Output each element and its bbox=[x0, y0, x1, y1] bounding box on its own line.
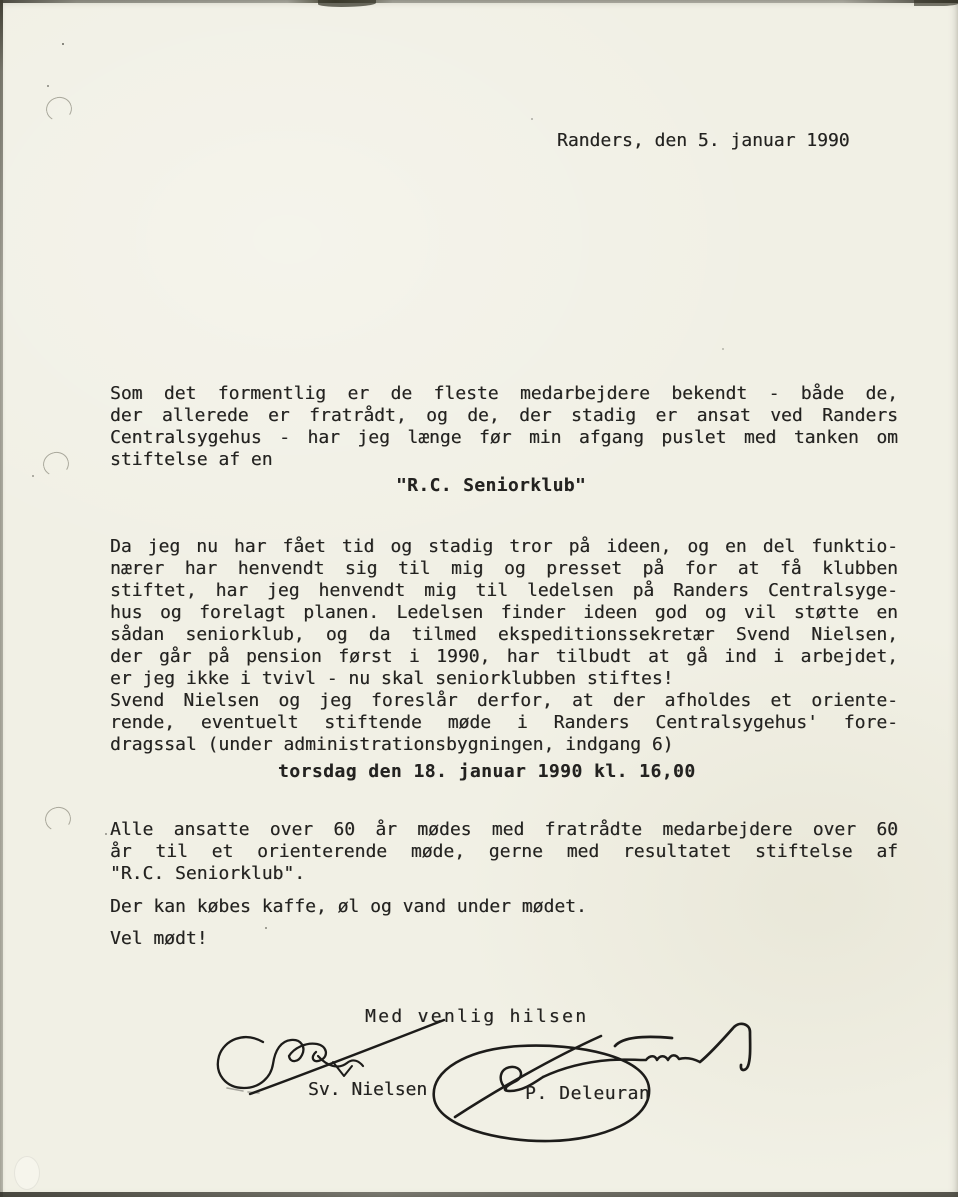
letter-line: stiftet, har jeg henvendt mig til ledels… bbox=[110, 580, 898, 602]
letter-line: stiftelse af en bbox=[110, 449, 898, 471]
punch-hole-mark bbox=[40, 449, 71, 479]
letter-line: dragssal (under administrationsbygningen… bbox=[110, 734, 898, 756]
refreshments-line: Der kan købes kaffe, øl og vand under mø… bbox=[110, 896, 587, 918]
punch-hole-mark bbox=[42, 804, 73, 834]
letter-line: der går på pension først i 1990, har til… bbox=[110, 646, 898, 668]
paragraph-4: Alle ansatte over 60 år mødes med fratrå… bbox=[110, 819, 898, 885]
letter-line: Centralsygehus - har jeg længe før min a… bbox=[110, 427, 898, 449]
welcome-line: Vel mødt! bbox=[110, 928, 208, 950]
closing-line: Med venlig hilsen bbox=[365, 1006, 588, 1028]
punch-hole-mark bbox=[43, 94, 74, 124]
scan-top-edge-smudge bbox=[914, 0, 958, 6]
letter-line: sådan seniorklub, og da tilmed ekspediti… bbox=[110, 624, 898, 646]
date-line: Randers, den 5. januar 1990 bbox=[557, 130, 850, 152]
letter-line: nærer har henvendt sig til mig og presse… bbox=[110, 558, 898, 580]
letter-line: "R.C. Seniorklub". bbox=[110, 863, 898, 885]
letter-line: Da jeg nu har fået tid og stadig tror på… bbox=[110, 536, 898, 558]
letter-line: er jeg ikke i tvivl - nu skal seniorklub… bbox=[110, 668, 898, 690]
scan-left-edge bbox=[0, 0, 3, 1197]
typed-name-sv-nielsen: Sv. Nielsen bbox=[308, 1079, 427, 1101]
letter-line: rende, eventuelt stiftende møde i Rander… bbox=[110, 712, 898, 734]
letter-line: der allerede er fratrådt, og de, der sta… bbox=[110, 405, 898, 427]
meeting-time-line: torsdag den 18. januar 1990 kl. 16,00 bbox=[278, 761, 696, 783]
punch-hole bbox=[14, 1156, 40, 1190]
typed-name-p-deleuran: P. Deleuran bbox=[525, 1083, 650, 1105]
paragraph-1: Som det formentlig er de fleste medarbej… bbox=[110, 383, 898, 471]
paragraph-2: Da jeg nu har fået tid og stadig tror på… bbox=[110, 536, 898, 690]
letter-line: Svend Nielsen og jeg foreslår derfor, at… bbox=[110, 690, 898, 712]
scanned-letter-page: Randers, den 5. januar 1990 Som det form… bbox=[0, 0, 958, 1197]
letter-line: Alle ansatte over 60 år mødes med fratrå… bbox=[110, 819, 898, 841]
scan-top-edge bbox=[0, 0, 958, 3]
paper-specks bbox=[62, 43, 64, 45]
scan-bottom-edge bbox=[0, 1192, 958, 1197]
letter-line: år til et orienterende møde, gerne med r… bbox=[110, 841, 898, 863]
letter-line: Som det formentlig er de fleste medarbej… bbox=[110, 383, 898, 405]
letter-line: hus og forelagt planen. Ledelsen finder … bbox=[110, 602, 898, 624]
scan-top-edge-smudge bbox=[318, 0, 376, 7]
club-name-heading: "R.C. Seniorklub" bbox=[396, 475, 586, 497]
paragraph-3: Svend Nielsen og jeg foreslår derfor, at… bbox=[110, 690, 898, 756]
